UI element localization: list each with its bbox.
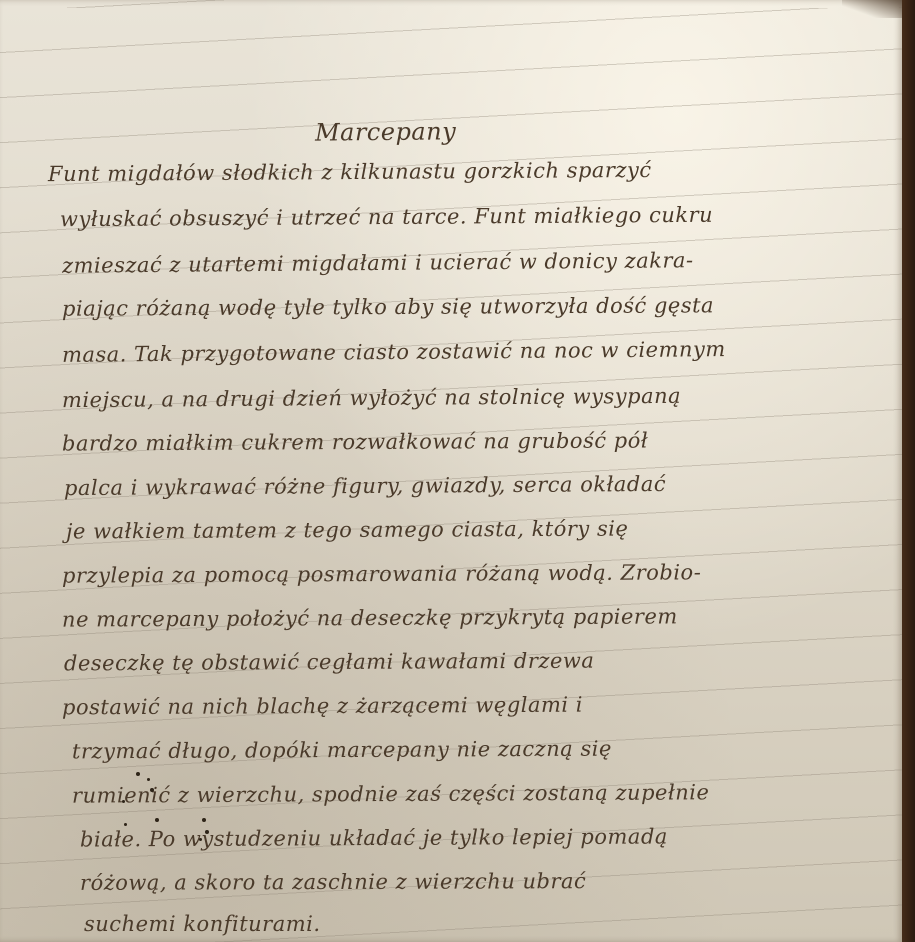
text-line-17: różową, a skoro ta zaschnie z wierzchu u… <box>80 869 586 895</box>
text-line-8: palca i wykrawać różne figury, gwiazdy, … <box>64 472 666 500</box>
ink-blot <box>124 823 127 826</box>
ink-blot <box>147 778 150 781</box>
paper-corner-shadow <box>842 0 902 18</box>
ink-blot <box>199 838 202 841</box>
recipe-title: Marcepany <box>315 117 456 146</box>
ink-blot <box>202 818 206 822</box>
ink-blot <box>155 818 159 822</box>
ink-blot <box>122 800 125 803</box>
text-line-10: przylepia za pomocą posmarowania różaną … <box>62 560 701 587</box>
ink-blot <box>150 788 154 792</box>
text-line-2: wyłuskać obsuszyć i utrzeć na tarce. Fun… <box>60 203 713 232</box>
text-line-4: piając różaną wodę tyle tylko aby się ut… <box>62 293 714 320</box>
text-line-15: rumienić z wierzchu, spodnie zaś części … <box>72 780 710 807</box>
paper-sheet: Marcepany Funt migdałów słodkich z kilku… <box>0 0 902 942</box>
text-line-9: je wałkiem tamtem z tego samego ciasta, … <box>66 517 628 544</box>
text-line-6: miejscu, a na drugi dzień wyłożyć na sto… <box>62 384 681 412</box>
text-line-1: Funt migdałów słodkich z kilkunastu gorz… <box>48 158 652 186</box>
text-line-12: deseczkę tę obstawić cegłami kawałami dr… <box>64 649 594 676</box>
text-line-14: trzymać długo, dopóki marcepany nie zacz… <box>72 737 612 764</box>
text-line-13: postawić na nich blachę z żarzącemi węgl… <box>62 693 583 720</box>
photo-frame: Marcepany Funt migdałów słodkich z kilku… <box>0 0 915 942</box>
ink-blot <box>205 830 209 834</box>
text-line-16: białe. Po wystudzeniu układać je tylko l… <box>80 824 668 851</box>
text-line-18: suchemi konfiturami. <box>84 912 321 936</box>
text-line-7: bardzo miałkim cukrem rozwałkować na gru… <box>62 428 648 455</box>
ink-blot <box>136 772 140 776</box>
text-line-11: ne marcepany położyć na deseczkę przykry… <box>62 604 678 631</box>
